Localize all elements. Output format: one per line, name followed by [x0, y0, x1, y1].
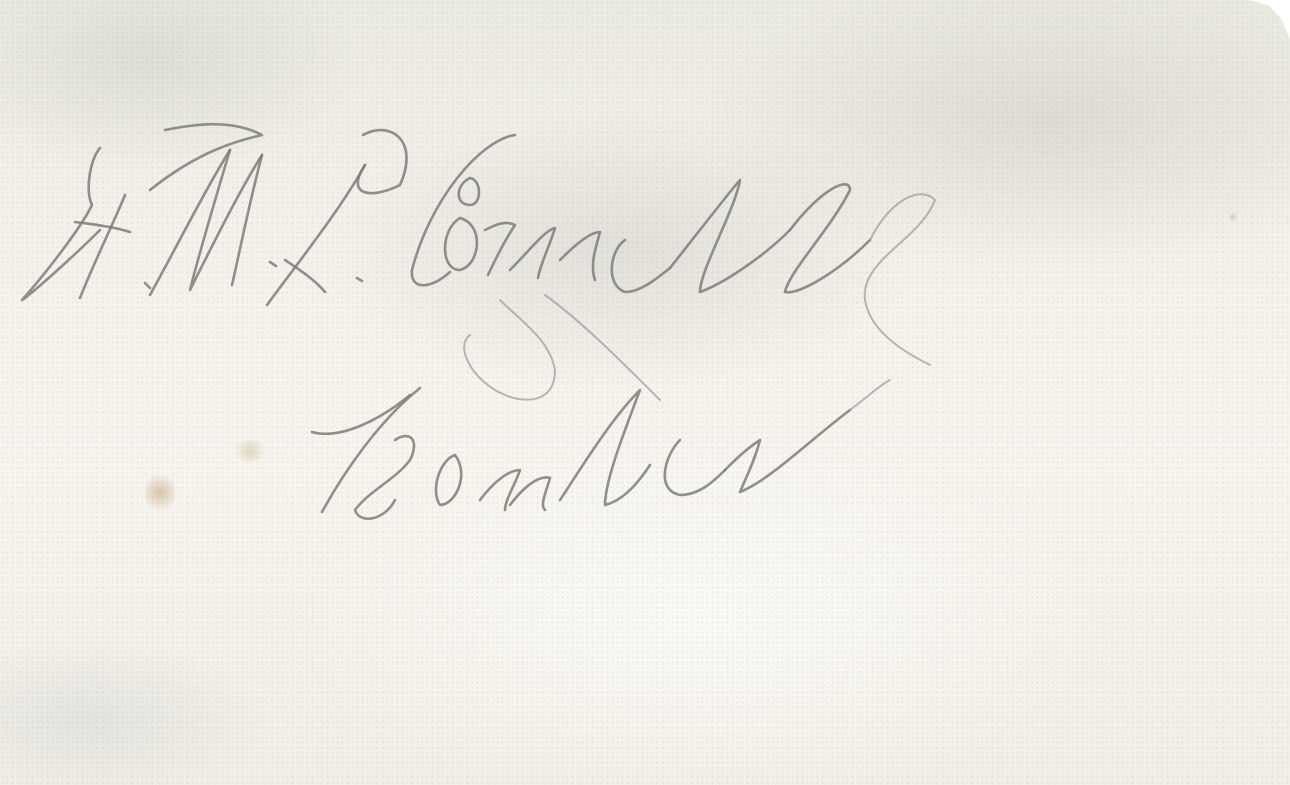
handwriting-line-name: [22, 124, 935, 400]
handwriting-line-designation: [312, 380, 890, 519]
inscription-card: Lt. M. L. Cornell Bomber: [0, 0, 1290, 785]
handwriting-strokes: [0, 0, 1290, 785]
